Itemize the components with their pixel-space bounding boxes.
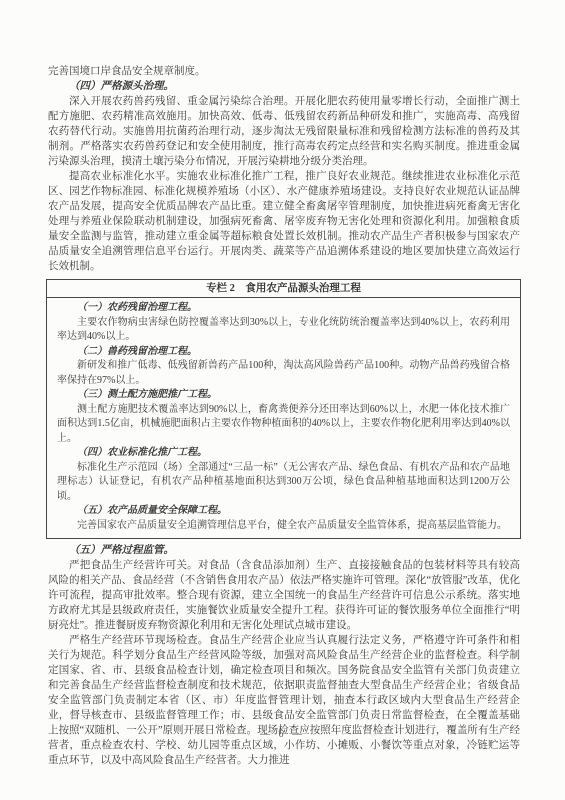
paragraph-intro: 完善国境口岸食品安全规章制度。 (48, 64, 520, 79)
panel-item-body: 主要农作物病虫害绿色防控覆盖率达到30%以上，专业化统防统治覆盖率达到40%以上… (57, 316, 510, 345)
panel-item-heading: （二）兽药残留治理工程。 (57, 345, 510, 360)
paragraph-license-control: 严把食品生产经营许可关。对食品（含食品添加剂）生产、直接接触食品的包装材料等具有… (48, 558, 520, 633)
panel-column-2: 专栏 2 食用农产品源头治理工程 （一）农药残留治理工程。 主要农作物病虫害绿色… (46, 279, 521, 539)
page-number: — 6 — (0, 729, 565, 740)
panel-item-body: 标准化生产示范园（场）全部通过“三品一标”（无公害农产品、绿色食品、有机农产品和… (57, 461, 510, 505)
panel-body: （一）农药残留治理工程。 主要农作物病虫害绿色防控覆盖率达到30%以上，专业化统… (47, 298, 520, 538)
panel-item-body: 测土配方施肥技术覆盖率达到90%以上，畜禽粪便养分还田率达到60%以上，水肥一体… (57, 403, 510, 447)
panel-item-body: 新研发和推广低毒、低残留新兽药产品100种，淘汰高风险兽药产品100种。动物产品… (57, 359, 510, 388)
paragraph-agriculture-standardization: 提高农业标准化水平。实施农业标准化推广工程，推广良好农业规范。继续推进农业标准化… (48, 169, 520, 274)
section-heading-process-supervision: （五）严格过程监管。 (48, 543, 520, 558)
section-heading-source-control: （四）严格源头治理。 (48, 79, 520, 94)
paragraph-onsite-inspection: 严格生产经营环节现场检查。食品生产经营企业应当认真履行法定义务，严格遵守许可条件… (48, 633, 520, 768)
document-page: 完善国境口岸食品安全规章制度。 （四）严格源头治理。 深入开展农药兽药残留、重金… (0, 0, 565, 800)
panel-item-heading: （五）农产品质量安全保障工程。 (57, 504, 510, 519)
panel-item-heading: （四）农业标准化推广工程。 (57, 446, 510, 461)
panel-title: 专栏 2 食用农产品源头治理工程 (47, 280, 520, 298)
page-content: 完善国境口岸食品安全规章制度。 （四）严格源头治理。 深入开展农药兽药残留、重金… (48, 64, 520, 768)
paragraph-pesticide-residue: 深入开展农药兽药残留、重金属污染综合治理。开展化肥农药使用量零增长行动，全面推广… (48, 94, 520, 169)
panel-item-body: 完善国家农产品质量安全追溯管理信息平台，健全农产品质量安全监管体系，提高基层监管… (57, 519, 510, 534)
panel-item-heading: （一）农药残留治理工程。 (57, 301, 510, 316)
panel-item-heading: （三）测土配方施肥推广工程。 (57, 388, 510, 403)
